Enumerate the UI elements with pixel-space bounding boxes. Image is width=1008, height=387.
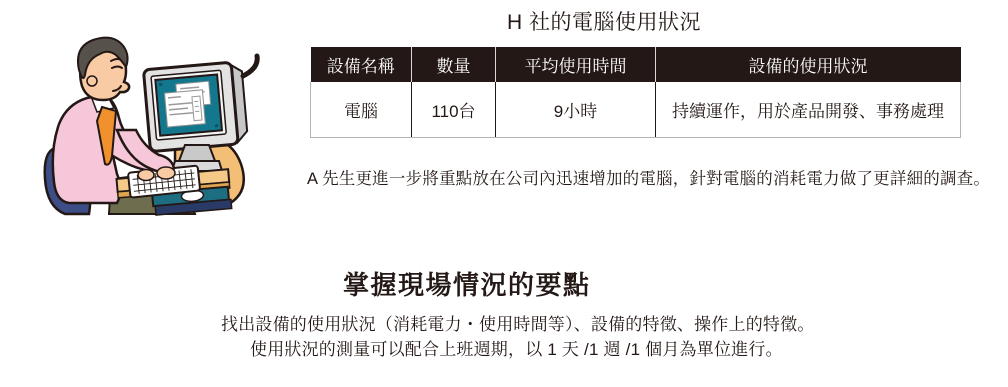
man-at-computer-illustration: [25, 24, 275, 216]
section-body-line1: 找出設備的使用狀況（消耗電力・使用時間等）、設備的特徵、操作上的特徵。: [221, 310, 815, 335]
section-heading: 掌握現場情況的要點: [343, 265, 591, 302]
cell-equipment-name: 電腦: [311, 82, 412, 138]
crt-monitor: [143, 61, 248, 151]
section-body-line2: 使用狀況的測量可以配合上班週期，以 1 天 /1 週 /1 個月為單位進行。: [250, 335, 783, 360]
illustration-svg: [25, 24, 275, 216]
page: H 社的電腦使用狀況 設備名稱 數量 平均使用時間 設備的使用狀況 電腦 110…: [0, 0, 1008, 387]
table-title: H 社的電腦使用狀況: [310, 11, 898, 35]
table-row: 電腦 110台 9小時 持續運作，用於產品開發、事務處理: [311, 82, 961, 138]
cell-usage-status: 持續運作，用於產品開發、事務處理: [656, 82, 961, 138]
ear: [87, 76, 97, 86]
cell-quantity: 110台: [412, 82, 496, 138]
cell-avg-usage-time: 9小時: [496, 82, 656, 138]
monitor-cable: [243, 56, 257, 76]
usage-table: 設備名稱 數量 平均使用時間 設備的使用狀況 電腦 110台 9小時 持續運作，…: [310, 47, 961, 138]
col-header-usage-status: 設備的使用狀況: [656, 47, 961, 82]
col-header-quantity: 數量: [412, 47, 496, 82]
narrative-paragraph: A 先生更進一步將重點放在公司內迅速增加的電腦，針對電腦的消耗電力做了更詳細的調…: [307, 170, 990, 190]
col-header-avg-usage-time: 平均使用時間: [496, 47, 656, 82]
col-header-equipment-name: 設備名稱: [311, 47, 412, 82]
table-header-row: 設備名稱 數量 平均使用時間 設備的使用狀況: [311, 47, 961, 82]
